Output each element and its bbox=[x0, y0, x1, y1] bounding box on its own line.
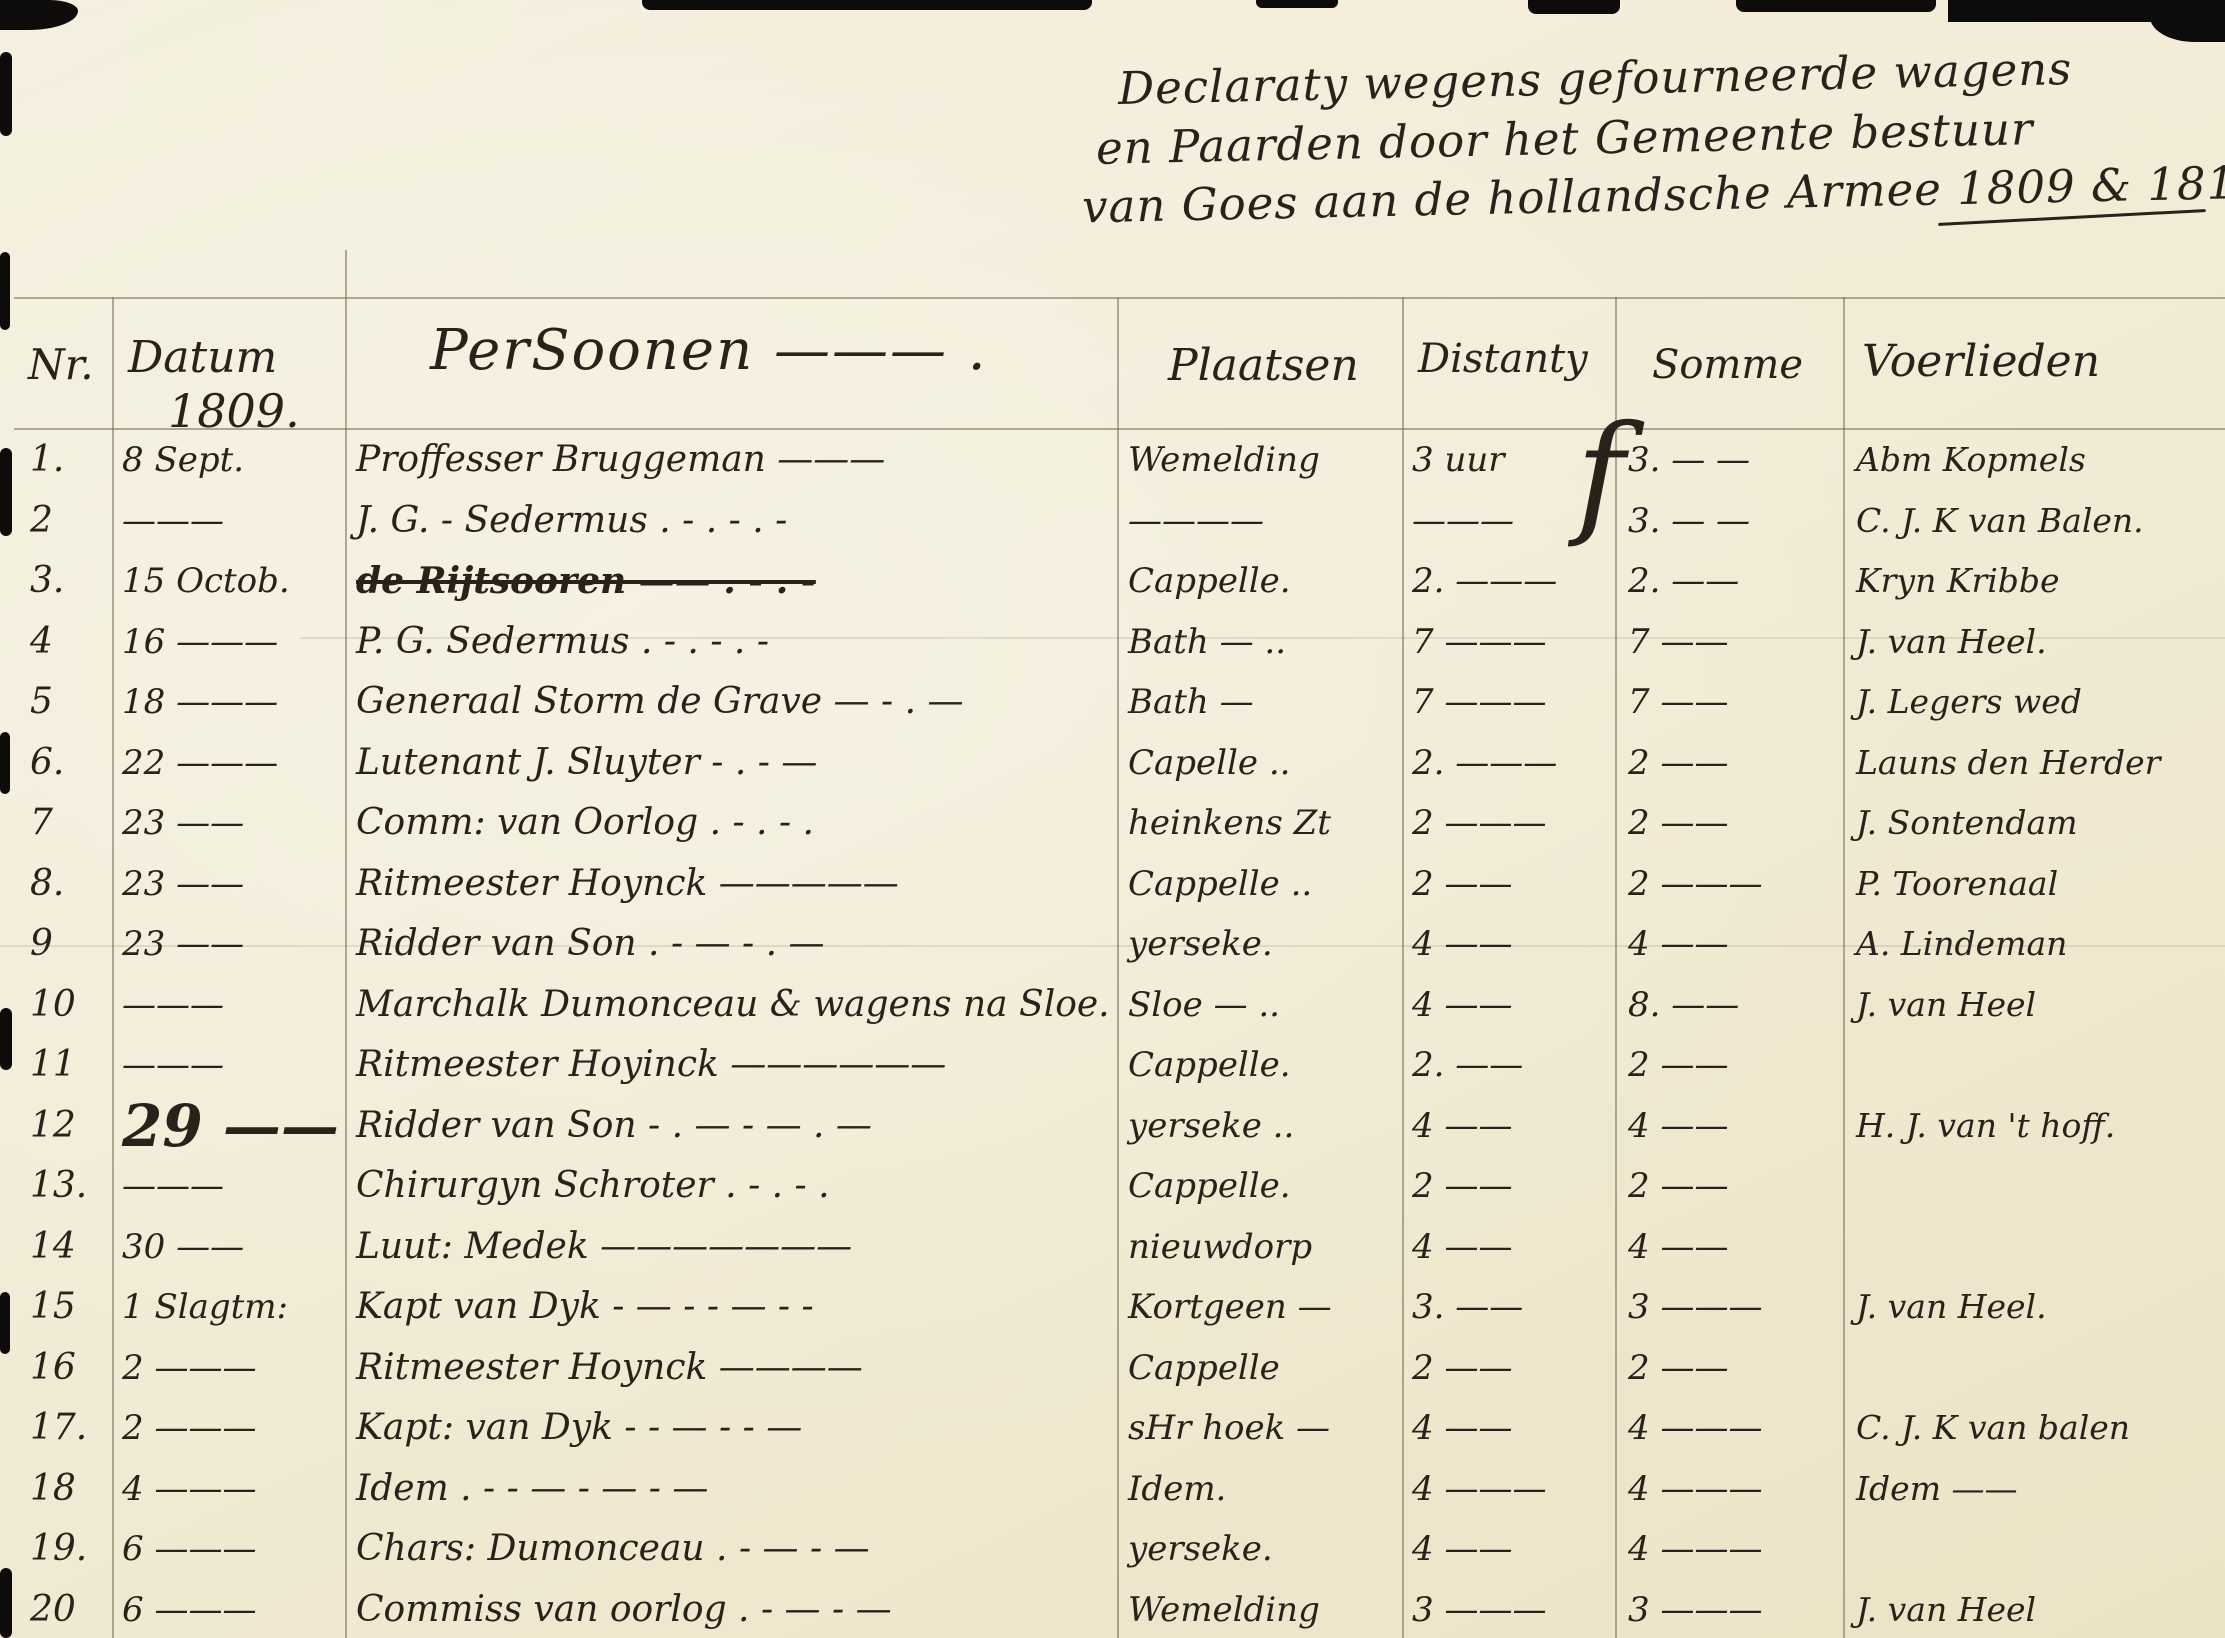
cell-distanty: 4 —— bbox=[1412, 914, 1607, 974]
table-row: 3.15 Octob.de Rijtsooren —— . - . -Cappe… bbox=[0, 551, 2225, 611]
cell-somme: 7 —— bbox=[1628, 612, 1833, 672]
cell-datum: 6 ——— bbox=[122, 1519, 342, 1579]
table-row: 206 ———Commiss van oorlog . - — - —Wemel… bbox=[0, 1580, 2225, 1638]
table-row: 8.23 ——Ritmeester Hoynck —————Cappelle .… bbox=[0, 854, 2225, 914]
table-row: 151 Slagtm:Kapt van Dyk - — - - — - -Kor… bbox=[0, 1277, 2225, 1337]
cell-nr: 18 bbox=[30, 1459, 110, 1519]
cell-somme: 2 —— bbox=[1628, 733, 1833, 793]
cell-datum: ——— bbox=[122, 975, 342, 1035]
cell-datum: 1 Slagtm: bbox=[122, 1277, 342, 1337]
cell-plaatsen: yerseke. bbox=[1128, 914, 1398, 974]
cell-persoonen: J. G. - Sedermus . - . - . - bbox=[356, 491, 1116, 551]
cell-nr: 15 bbox=[30, 1277, 110, 1337]
cell-somme: 3. — — bbox=[1628, 430, 1833, 490]
cell-persoonen: Ridder van Son . - — - . — bbox=[356, 914, 1116, 974]
cell-voerlieden: Kryn Kribbe bbox=[1856, 551, 2221, 611]
cell-datum: 15 Octob. bbox=[122, 551, 342, 611]
cell-distanty: 3 uur bbox=[1412, 430, 1607, 490]
cell-nr: 9 bbox=[30, 914, 110, 974]
table-row: 1430 ——Luut: Medek ———————nieuwdorp4 ——4… bbox=[0, 1217, 2225, 1277]
table-row: 518 ———Generaal Storm de Grave — - . —Ba… bbox=[0, 672, 2225, 732]
cell-nr: 1. bbox=[30, 430, 110, 490]
scan-artifact bbox=[2150, 0, 2225, 42]
table-row: 6.22 ———Lutenant J. Sluyter - . - —Capel… bbox=[0, 733, 2225, 793]
cell-plaatsen: yerseke. bbox=[1128, 1519, 1398, 1579]
cell-distanty: 7 ——— bbox=[1412, 672, 1607, 732]
cell-distanty: 3. —— bbox=[1412, 1277, 1607, 1337]
cell-plaatsen: Cappelle. bbox=[1128, 1035, 1398, 1095]
cell-voerlieden: Abm Kopmels bbox=[1856, 430, 2221, 490]
column-header-datum: Datum bbox=[128, 332, 277, 383]
cell-distanty: 4 —— bbox=[1412, 1398, 1607, 1458]
cell-persoonen: Lutenant J. Sluyter - . - — bbox=[356, 733, 1116, 793]
cell-datum: 6 ——— bbox=[122, 1580, 342, 1638]
cell-plaatsen: ———— bbox=[1128, 491, 1398, 551]
cell-datum: ——— bbox=[122, 1035, 342, 1095]
cell-datum: 23 —— bbox=[122, 914, 342, 974]
cell-voerlieden bbox=[1856, 1156, 2221, 1216]
cell-distanty: 2. —— bbox=[1412, 1035, 1607, 1095]
cell-persoonen: Kapt: van Dyk - - — - - — bbox=[356, 1398, 1116, 1458]
cell-nr: 17. bbox=[30, 1398, 110, 1458]
cell-voerlieden: Launs den Herder bbox=[1856, 733, 2221, 793]
cell-plaatsen: Cappelle. bbox=[1128, 551, 1398, 611]
cell-nr: 8. bbox=[30, 854, 110, 914]
cell-distanty: 4 —— bbox=[1412, 1519, 1607, 1579]
cell-voerlieden: J. van Heel. bbox=[1856, 1277, 2221, 1337]
column-header-persoonen: PerSoonen ——— . bbox=[430, 318, 988, 383]
cell-somme: 4 —— bbox=[1628, 914, 1833, 974]
cell-datum: 22 ——— bbox=[122, 733, 342, 793]
cell-distanty: 4 —— bbox=[1412, 1217, 1607, 1277]
table-row: 923 ——Ridder van Son . - — - . —yerseke.… bbox=[0, 914, 2225, 974]
table-row: 2———J. G. - Sedermus . - . - . -———————3… bbox=[0, 491, 2225, 551]
cell-persoonen: P. G. Sedermus . - . - . - bbox=[356, 612, 1116, 672]
cell-datum: ——— bbox=[122, 491, 342, 551]
cell-datum: 23 —— bbox=[122, 854, 342, 914]
cell-persoonen: Chirurgyn Schroter . - . - . bbox=[356, 1156, 1116, 1216]
cell-somme: 3. — — bbox=[1628, 491, 1833, 551]
cell-plaatsen: Bath — bbox=[1128, 672, 1398, 732]
cell-voerlieden: A. Lindeman bbox=[1856, 914, 2221, 974]
cell-voerlieden: J. Legers wed bbox=[1856, 672, 2221, 732]
cell-voerlieden bbox=[1856, 1217, 2221, 1277]
cell-datum: 30 —— bbox=[122, 1217, 342, 1277]
cell-voerlieden: C. J. K van Balen. bbox=[1856, 491, 2221, 551]
cell-voerlieden bbox=[1856, 1519, 2221, 1579]
cell-somme: 8. —— bbox=[1628, 975, 1833, 1035]
cell-persoonen: Ritmeester Hoyinck —————— bbox=[356, 1035, 1116, 1095]
cell-datum: 16 ——— bbox=[122, 612, 342, 672]
cell-datum: 2 ——— bbox=[122, 1338, 342, 1398]
table-row: 11———Ritmeester Hoyinck ——————Cappelle.2… bbox=[0, 1035, 2225, 1095]
cell-datum: 18 ——— bbox=[122, 672, 342, 732]
cell-plaatsen: Bath — .. bbox=[1128, 612, 1398, 672]
cell-somme: 4 —— bbox=[1628, 1217, 1833, 1277]
cell-plaatsen: Wemelding bbox=[1128, 1580, 1398, 1638]
cell-somme: 3 ——— bbox=[1628, 1580, 1833, 1638]
cell-datum: 23 —— bbox=[122, 793, 342, 853]
cell-somme: 2 —— bbox=[1628, 1156, 1833, 1216]
column-header-nr: Nr. bbox=[28, 340, 94, 389]
column-header-distanty: Distanty bbox=[1418, 336, 1588, 382]
cell-nr: 14 bbox=[30, 1217, 110, 1277]
cell-distanty: 4 —— bbox=[1412, 1096, 1607, 1156]
cell-nr: 10 bbox=[30, 975, 110, 1035]
cell-nr: 13. bbox=[30, 1156, 110, 1216]
scan-artifact bbox=[1256, 0, 1338, 8]
table-row: 13.———Chirurgyn Schroter . - . - .Cappel… bbox=[0, 1156, 2225, 1216]
cell-nr: 16 bbox=[30, 1338, 110, 1398]
cell-persoonen: Comm: van Oorlog . - . - . bbox=[356, 793, 1116, 853]
cell-voerlieden bbox=[1856, 1035, 2221, 1095]
cell-somme: 2 —— bbox=[1628, 1035, 1833, 1095]
cell-plaatsen: Idem. bbox=[1128, 1459, 1398, 1519]
cell-nr: 4 bbox=[30, 612, 110, 672]
cell-persoonen: Ritmeester Hoynck ———— bbox=[356, 1338, 1116, 1398]
cell-plaatsen: Wemelding bbox=[1128, 430, 1398, 490]
column-header-somme: Somme bbox=[1652, 342, 1803, 388]
cell-distanty: 4 —— bbox=[1412, 975, 1607, 1035]
cell-nr: 2 bbox=[30, 491, 110, 551]
cell-persoonen: Luut: Medek ——————— bbox=[356, 1217, 1116, 1277]
cell-nr: 3. bbox=[30, 551, 110, 611]
column-header-voerlieden: Voerlieden bbox=[1862, 336, 2100, 387]
cell-somme: 7 —— bbox=[1628, 672, 1833, 732]
cell-datum: 4 ——— bbox=[122, 1459, 342, 1519]
cell-persoonen: Generaal Storm de Grave — - . — bbox=[356, 672, 1116, 732]
cell-plaatsen: heinkens Zt bbox=[1128, 793, 1398, 853]
column-header-plaatsen: Plaatsen bbox=[1168, 340, 1359, 391]
table-row: 723 ——Comm: van Oorlog . - . - .heinkens… bbox=[0, 793, 2225, 853]
cell-somme: 2 ——— bbox=[1628, 854, 1833, 914]
cell-datum: 2 ——— bbox=[122, 1398, 342, 1458]
scan-artifact bbox=[1528, 0, 1620, 14]
scan-artifact bbox=[642, 0, 1092, 10]
cell-persoonen: Marchalk Dumonceau & wagens na Sloe. bbox=[356, 975, 1116, 1035]
cell-persoonen: Kapt van Dyk - — - - — - - bbox=[356, 1277, 1116, 1337]
cell-distanty: 3 ——— bbox=[1412, 1580, 1607, 1638]
table-row: 1.8 Sept.Proffesser Bruggeman ———Wemeldi… bbox=[0, 430, 2225, 490]
cell-persoonen: Idem . - - — - — - — bbox=[356, 1459, 1116, 1519]
table-row: 19.6 ———Chars: Dumonceau . - — - —yersek… bbox=[0, 1519, 2225, 1579]
cell-plaatsen: yerseke .. bbox=[1128, 1096, 1398, 1156]
cell-plaatsen: Cappelle .. bbox=[1128, 854, 1398, 914]
cell-nr: 11 bbox=[30, 1035, 110, 1095]
cell-voerlieden bbox=[1856, 1338, 2221, 1398]
cell-distanty: 2 —— bbox=[1412, 1338, 1607, 1398]
cell-distanty: 2 —— bbox=[1412, 854, 1607, 914]
scan-artifact bbox=[0, 52, 12, 136]
table-row: 416 ———P. G. Sedermus . - . - . -Bath — … bbox=[0, 612, 2225, 672]
table-row: 10———Marchalk Dumonceau & wagens na Sloe… bbox=[0, 975, 2225, 1035]
cell-somme: 4 ——— bbox=[1628, 1459, 1833, 1519]
cell-somme: 2 —— bbox=[1628, 1338, 1833, 1398]
cell-nr: 12 bbox=[30, 1096, 110, 1156]
cell-somme: 3 ——— bbox=[1628, 1277, 1833, 1337]
scanned-ledger-page: Declaraty wegens gefourneerde wagens en … bbox=[0, 0, 2225, 1638]
cell-voerlieden: C. J. K van balen bbox=[1856, 1398, 2221, 1458]
cell-voerlieden: J. van Heel. bbox=[1856, 612, 2221, 672]
cell-voerlieden: J. van Heel bbox=[1856, 975, 2221, 1035]
cell-persoonen: Ritmeester Hoynck ————— bbox=[356, 854, 1116, 914]
cell-voerlieden: J. van Heel bbox=[1856, 1580, 2221, 1638]
cell-distanty: 2. ——— bbox=[1412, 551, 1607, 611]
cell-nr: 7 bbox=[30, 793, 110, 853]
cell-datum: ——— bbox=[122, 1156, 342, 1216]
cell-datum: 29 —— bbox=[122, 1096, 342, 1156]
cell-nr: 5 bbox=[30, 672, 110, 732]
cell-persoonen: Ridder van Son - . — - — . — bbox=[356, 1096, 1116, 1156]
cell-plaatsen: sHr hoek — bbox=[1128, 1398, 1398, 1458]
cell-distanty: 2. ——— bbox=[1412, 733, 1607, 793]
scan-artifact bbox=[1736, 0, 1936, 12]
cell-voerlieden: J. Sontendam bbox=[1856, 793, 2221, 853]
cell-voerlieden: P. Toorenaal bbox=[1856, 854, 2221, 914]
cell-somme: 4 ——— bbox=[1628, 1398, 1833, 1458]
cell-distanty: 2 ——— bbox=[1412, 793, 1607, 853]
scan-artifact bbox=[0, 0, 78, 30]
cell-somme: 4 —— bbox=[1628, 1096, 1833, 1156]
table-row: 184 ———Idem . - - — - — - —Idem.4 ———4 —… bbox=[0, 1459, 2225, 1519]
cell-plaatsen: nieuwdorp bbox=[1128, 1217, 1398, 1277]
cell-distanty: 7 ——— bbox=[1412, 612, 1607, 672]
cell-datum: 8 Sept. bbox=[122, 430, 342, 490]
cell-plaatsen: Kortgeen — bbox=[1128, 1277, 1398, 1337]
table-row: 17.2 ———Kapt: van Dyk - - — - - —sHr hoe… bbox=[0, 1398, 2225, 1458]
cell-persoonen: Proffesser Bruggeman ——— bbox=[356, 430, 1116, 490]
cell-plaatsen: Cappelle. bbox=[1128, 1156, 1398, 1216]
scan-artifact bbox=[0, 252, 10, 330]
cell-nr: 20 bbox=[30, 1580, 110, 1638]
cell-persoonen: Commiss van oorlog . - — - — bbox=[356, 1580, 1116, 1638]
cell-somme: 4 ——— bbox=[1628, 1519, 1833, 1579]
cell-nr: 19. bbox=[30, 1519, 110, 1579]
cell-distanty: ——— bbox=[1412, 491, 1607, 551]
cell-somme: 2 —— bbox=[1628, 793, 1833, 853]
cell-somme: 2. —— bbox=[1628, 551, 1833, 611]
cell-distanty: 2 —— bbox=[1412, 1156, 1607, 1216]
cell-plaatsen: Cappelle bbox=[1128, 1338, 1398, 1398]
table-row: 162 ———Ritmeester Hoynck ————Cappelle2 —… bbox=[0, 1338, 2225, 1398]
cell-persoonen: Chars: Dumonceau . - — - — bbox=[356, 1519, 1116, 1579]
cell-voerlieden: H. J. van 't hoff. bbox=[1856, 1096, 2221, 1156]
cell-plaatsen: Sloe — .. bbox=[1128, 975, 1398, 1035]
cell-plaatsen: Capelle .. bbox=[1128, 733, 1398, 793]
cell-voerlieden: Idem —— bbox=[1856, 1459, 2221, 1519]
cell-nr: 6. bbox=[30, 733, 110, 793]
table-row: 1229 ——Ridder van Son - . — - — . —yerse… bbox=[0, 1096, 2225, 1156]
cell-persoonen: de Rijtsooren —— . - . - bbox=[356, 551, 1116, 611]
cell-distanty: 4 ——— bbox=[1412, 1459, 1607, 1519]
